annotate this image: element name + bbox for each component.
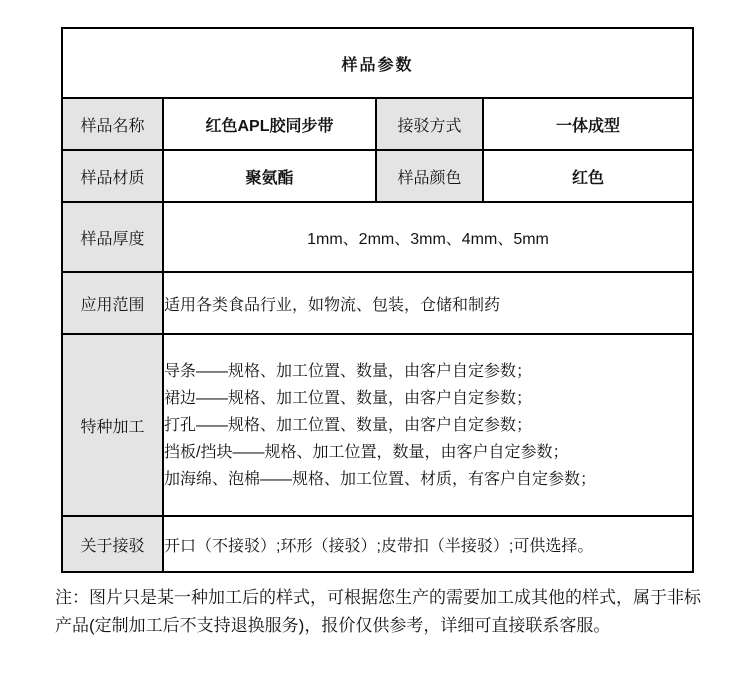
- table-row-special-processing: 特种加工 导条——规格、加工位置、数量，由客户自定参数； 裙边——规格、加工位置…: [62, 334, 693, 516]
- special-processing-line: 裙边——规格、加工位置、数量，由客户自定参数；: [164, 385, 692, 412]
- table-row-title: 样品参数: [62, 28, 693, 98]
- footnote-text: 注：图片只是某一种加工后的样式，可根据您生产的需要加工成其他的样式，属于非标产品…: [55, 584, 703, 640]
- table-row-about-joint: 关于接驳 开口（不接驳）;环形（接驳）;皮带扣（半接驳）;可供选择。: [62, 516, 693, 572]
- application-range-value: 适用各类食品行业，如物流、包装，仓储和制药: [163, 272, 693, 334]
- table-row-application: 应用范围 适用各类食品行业，如物流、包装，仓储和制药: [62, 272, 693, 334]
- about-joint-value: 开口（不接驳）;环形（接驳）;皮带扣（半接驳）;可供选择。: [163, 516, 693, 572]
- sample-name-label: 样品名称: [62, 98, 163, 150]
- sample-thickness-value: 1mm、2mm、3mm、4mm、5mm: [163, 202, 693, 272]
- spec-sheet-page: 样品参数 样品名称 红色APL胶同步带 接驳方式 一体成型 样品材质 聚氨酯 样…: [0, 0, 750, 679]
- sample-thickness-label: 样品厚度: [62, 202, 163, 272]
- table-title: 样品参数: [62, 28, 693, 98]
- sample-material-label: 样品材质: [62, 150, 163, 202]
- special-processing-line: 挡板/挡块——规格、加工位置，数量，由客户自定参数；: [164, 439, 692, 466]
- special-processing-value: 导条——规格、加工位置、数量，由客户自定参数； 裙边——规格、加工位置、数量，由…: [163, 334, 693, 516]
- special-processing-line: 加海绵、泡棉——规格、加工位置、材质，有客户自定参数；: [164, 466, 692, 493]
- table-row-thickness: 样品厚度 1mm、2mm、3mm、4mm、5mm: [62, 202, 693, 272]
- about-joint-label: 关于接驳: [62, 516, 163, 572]
- special-processing-line: 导条——规格、加工位置、数量，由客户自定参数；: [164, 358, 692, 385]
- table-row-name-joint: 样品名称 红色APL胶同步带 接驳方式 一体成型: [62, 98, 693, 150]
- special-processing-line: 打孔——规格、加工位置、数量，由客户自定参数；: [164, 412, 692, 439]
- application-range-label: 应用范围: [62, 272, 163, 334]
- sample-color-value: 红色: [483, 150, 693, 202]
- joint-method-value: 一体成型: [483, 98, 693, 150]
- sample-material-value: 聚氨酯: [163, 150, 376, 202]
- special-processing-lines: 导条——规格、加工位置、数量，由客户自定参数； 裙边——规格、加工位置、数量，由…: [164, 358, 692, 493]
- special-processing-label: 特种加工: [62, 334, 163, 516]
- sample-parameters-table: 样品参数 样品名称 红色APL胶同步带 接驳方式 一体成型 样品材质 聚氨酯 样…: [61, 27, 694, 573]
- table-row-material-color: 样品材质 聚氨酯 样品颜色 红色: [62, 150, 693, 202]
- joint-method-label: 接驳方式: [376, 98, 483, 150]
- sample-color-label: 样品颜色: [376, 150, 483, 202]
- sample-name-value: 红色APL胶同步带: [163, 98, 376, 150]
